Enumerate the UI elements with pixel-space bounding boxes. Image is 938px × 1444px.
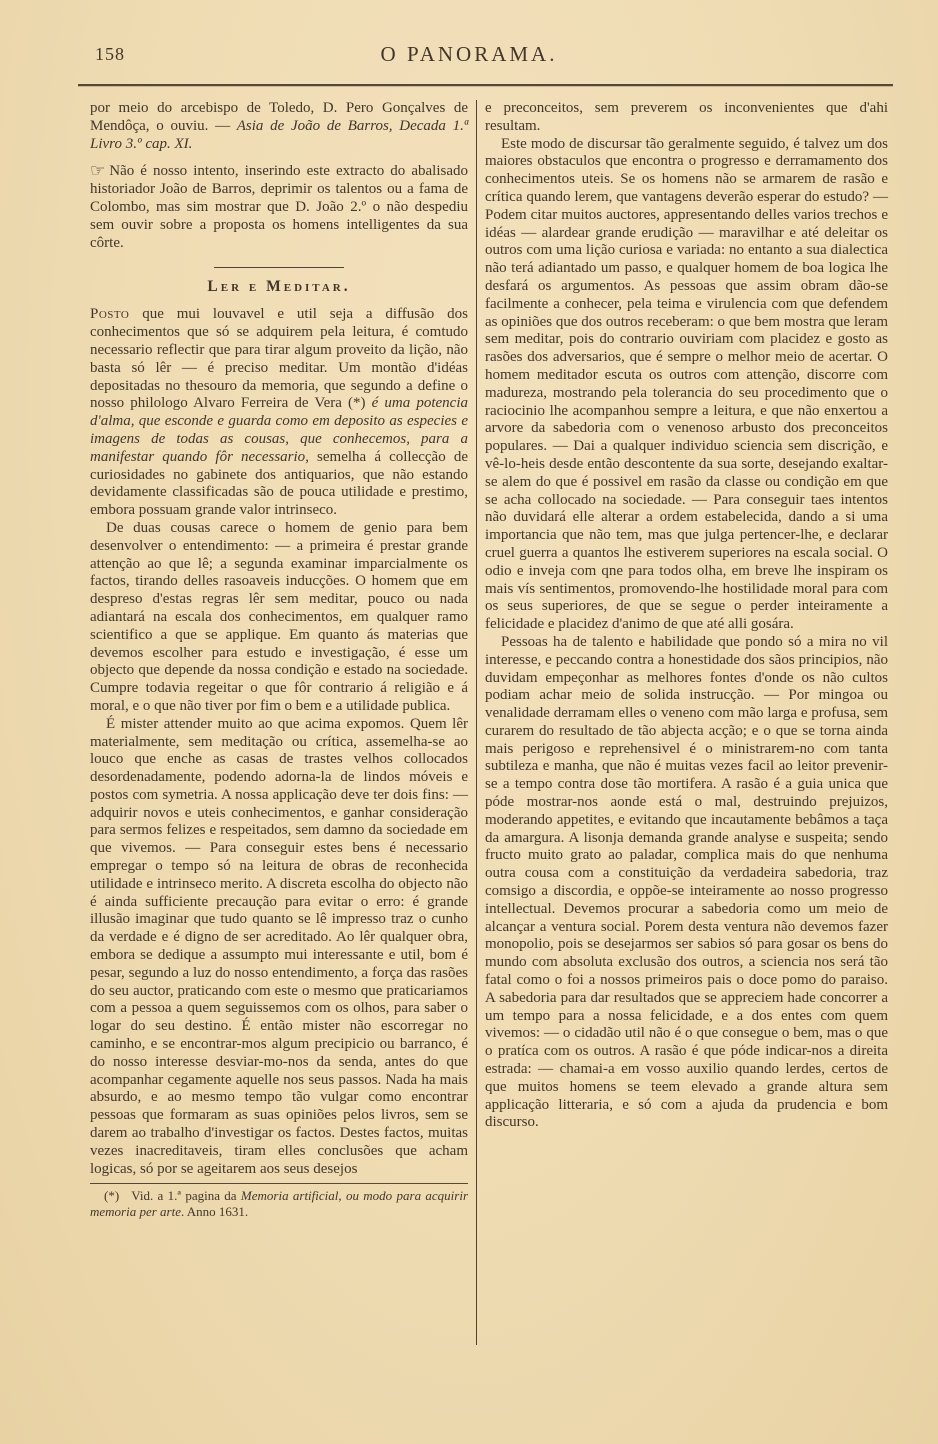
paragraph-text: Não é nosso intento, inserindo este extr… (90, 163, 468, 250)
header-rule (78, 84, 893, 86)
footnote-text: . Anno 1631. (181, 1204, 248, 1219)
article-heading: Ler e Meditar. (90, 278, 468, 296)
scanned-page: { "page": { "number": "158", "title": "O… (0, 0, 938, 1444)
footnote-marker: (*) (90, 1188, 127, 1203)
left-column: por meio do arcebispo de Toledo, D. Pero… (90, 100, 468, 1345)
text-columns: por meio do arcebispo de Toledo, D. Pero… (90, 100, 938, 1345)
continuation-paragraph: e preconceitos, sem preverem os inconven… (485, 100, 888, 136)
article-paragraph-5: Pessoas ha de talento e habilidade que p… (485, 634, 888, 1132)
article-paragraph-2: De duas cousas carece o homem de genio p… (90, 520, 468, 716)
right-column: e preconceitos, sem preverem os inconven… (477, 100, 888, 1345)
footnote-paragraph: (*) Vid. a 1.ª pagina da Memoria artific… (90, 1188, 468, 1219)
article-paragraph-3: É mister attender muito ao que acima exp… (90, 716, 468, 1179)
page-title: O PANORAMA. (0, 42, 938, 67)
footnote: (*) Vid. a 1.ª pagina da Memoria artific… (90, 1183, 468, 1219)
section-separator-rule (214, 267, 344, 268)
editorial-note-paragraph: ☞Não é nosso intento, inserindo este ext… (90, 162, 468, 252)
article-paragraph-1: Posto que mui louvavel e util seja a dif… (90, 306, 468, 520)
lead-word: Posto (90, 306, 129, 322)
footnote-text: Vid. a 1.ª pagina da (127, 1188, 241, 1203)
manicule-icon: ☞ (90, 161, 105, 181)
article-paragraph-4: Este modo de discursar tão geralmente se… (485, 136, 888, 634)
continuation-paragraph: por meio do arcebispo de Toledo, D. Pero… (90, 100, 468, 153)
page-header: 158 O PANORAMA. (0, 0, 938, 100)
